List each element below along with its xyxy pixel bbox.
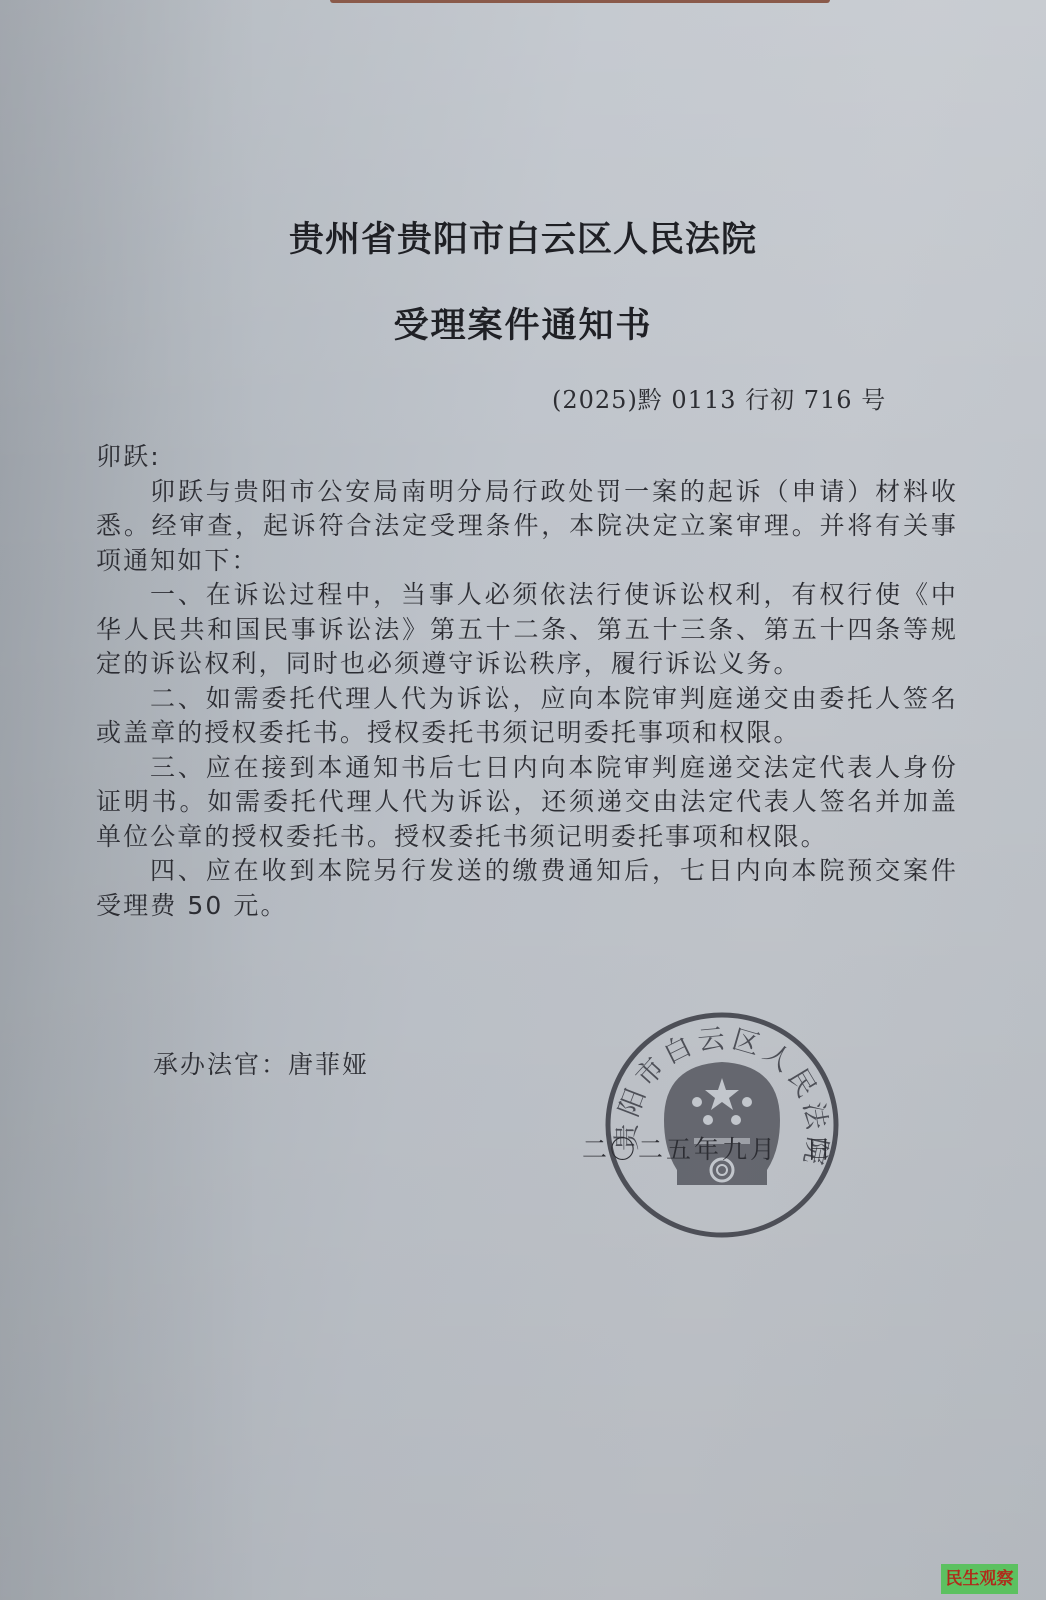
document-body: 卯跃: 卯跃与贵阳市公安局南明分局行政处罚一案的起诉（申请）材料收悉。经审查，起… <box>96 440 958 923</box>
watermark-badge: 民生观察 <box>941 1564 1018 1594</box>
notice-item-1: 一、在诉讼过程中，当事人必须依法行使诉讼权利，有权行使《中华人民共和国民事诉讼法… <box>96 578 958 682</box>
court-name-heading: 贵州省贵阳市白云区人民法院 <box>0 212 1046 262</box>
court-seal-icon: 贵阳市白云区人民法院 <box>602 1010 842 1240</box>
issue-date: 二〇二五年九月 日 <box>582 1130 834 1166</box>
case-number: (2025)黔 0113 行初 716 号 <box>552 380 886 415</box>
notice-item-3: 三、应在接到本通知书后七日内向本院审判庭递交法定代表人身份证明书。如需委托代理人… <box>96 751 958 855</box>
top-edge-strip <box>330 0 830 3</box>
national-emblem-icon <box>664 1062 780 1185</box>
judge-line: 承办法官：唐菲娅 <box>153 1045 369 1081</box>
judge-label: 承办法官： <box>153 1050 288 1079</box>
addressee: 卯跃: <box>96 440 958 475</box>
notice-item-4: 四、应在收到本院另行发送的缴费通知后，七日内向本院预交案件受理费 50 元。 <box>96 854 958 923</box>
judge-name: 唐菲娅 <box>288 1050 369 1079</box>
document-title: 受理案件通知书 <box>0 298 1046 348</box>
notice-item-2: 二、如需委托代理人代为诉讼，应向本院审判庭递交由委托人签名或盖章的授权委托书。授… <box>96 682 958 751</box>
intro-paragraph: 卯跃与贵阳市公安局南明分局行政处罚一案的起诉（申请）材料收悉。经审查，起诉符合法… <box>96 475 958 579</box>
